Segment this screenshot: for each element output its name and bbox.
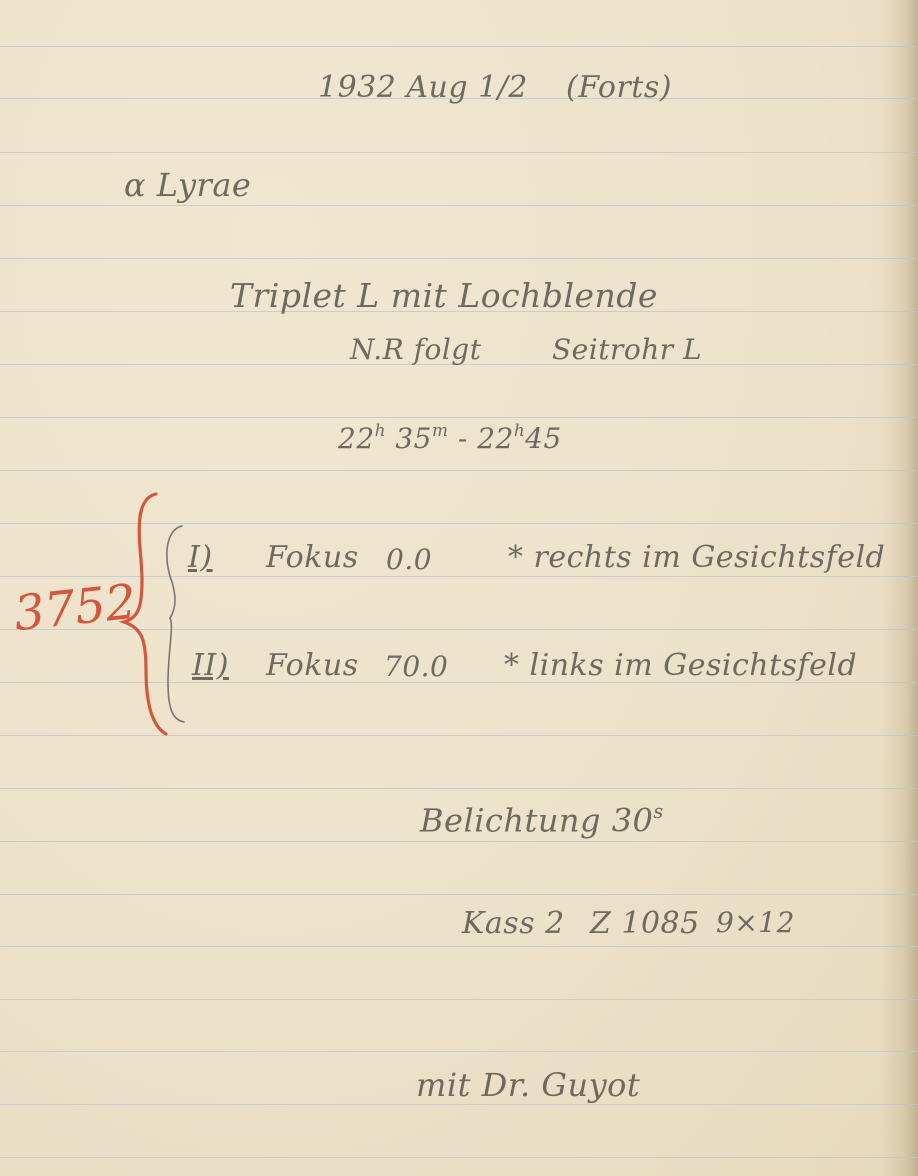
observer: mit Dr. Guyot: [416, 1066, 640, 1104]
ruled-line: [0, 894, 918, 895]
cassette-label: Kass 2: [462, 906, 565, 941]
cassette-plate: Z 1085: [590, 906, 700, 941]
exposure-1-note: * rechts im Gesichtsfeld: [508, 540, 885, 575]
time-separator: -: [458, 422, 468, 455]
pencil-brace-icon: [150, 522, 190, 732]
exposure-2-label: II): [192, 648, 229, 683]
observation-time: 22h 35m - 22h45: [338, 420, 562, 455]
ruled-line: [0, 1104, 918, 1105]
cassette-size: 9×12: [716, 906, 795, 939]
ruled-line: [0, 1051, 918, 1052]
header-continuation: (Forts): [566, 70, 672, 105]
time-start-hour: 22: [338, 422, 375, 455]
instrument-line: Triplet L mit Lochblende: [230, 276, 658, 315]
ruled-line: [0, 841, 918, 842]
time-end-hour: 22: [477, 422, 514, 455]
ruled-line: [0, 788, 918, 789]
ruled-line: [0, 46, 918, 47]
time-end-hour-unit: h: [514, 420, 525, 440]
header-date: 1932 Aug 1/2: [318, 70, 528, 105]
setup-left: N.R folgt: [350, 333, 481, 366]
time-start-min-unit: m: [432, 420, 448, 440]
ruled-line: [0, 999, 918, 1000]
ruled-line: [0, 1157, 918, 1158]
setup-right: Seitrohr L: [552, 333, 702, 366]
exposure-time-unit: s: [653, 800, 663, 823]
exposure-1-focus-value: 0.0: [386, 543, 432, 576]
exposure-time-value: 30: [612, 801, 654, 839]
exposure-1-label: I): [188, 540, 213, 575]
exposure-time: Belichtung 30s: [420, 800, 664, 839]
notebook-page: 1932 Aug 1/2 (Forts) α Lyrae Triplet L m…: [0, 0, 918, 1176]
ruled-line: [0, 258, 918, 259]
ruled-line: [0, 205, 918, 206]
time-start-min: 35: [395, 422, 432, 455]
ruled-line: [0, 152, 918, 153]
exposure-2-focus-label: Fokus: [266, 648, 359, 683]
exposure-time-label: Belichtung: [420, 801, 601, 839]
ruled-line: [0, 417, 918, 418]
time-start-hour-unit: h: [375, 420, 386, 440]
ruled-line: [0, 470, 918, 471]
exposure-2-note: * links im Gesichtsfeld: [504, 648, 857, 683]
ruled-line: [0, 946, 918, 947]
exposure-1-focus-label: Fokus: [266, 540, 359, 575]
exposure-2-focus-value: 70.0: [384, 650, 448, 683]
time-end-min: 45: [525, 422, 562, 455]
object-name: α Lyrae: [124, 166, 251, 204]
